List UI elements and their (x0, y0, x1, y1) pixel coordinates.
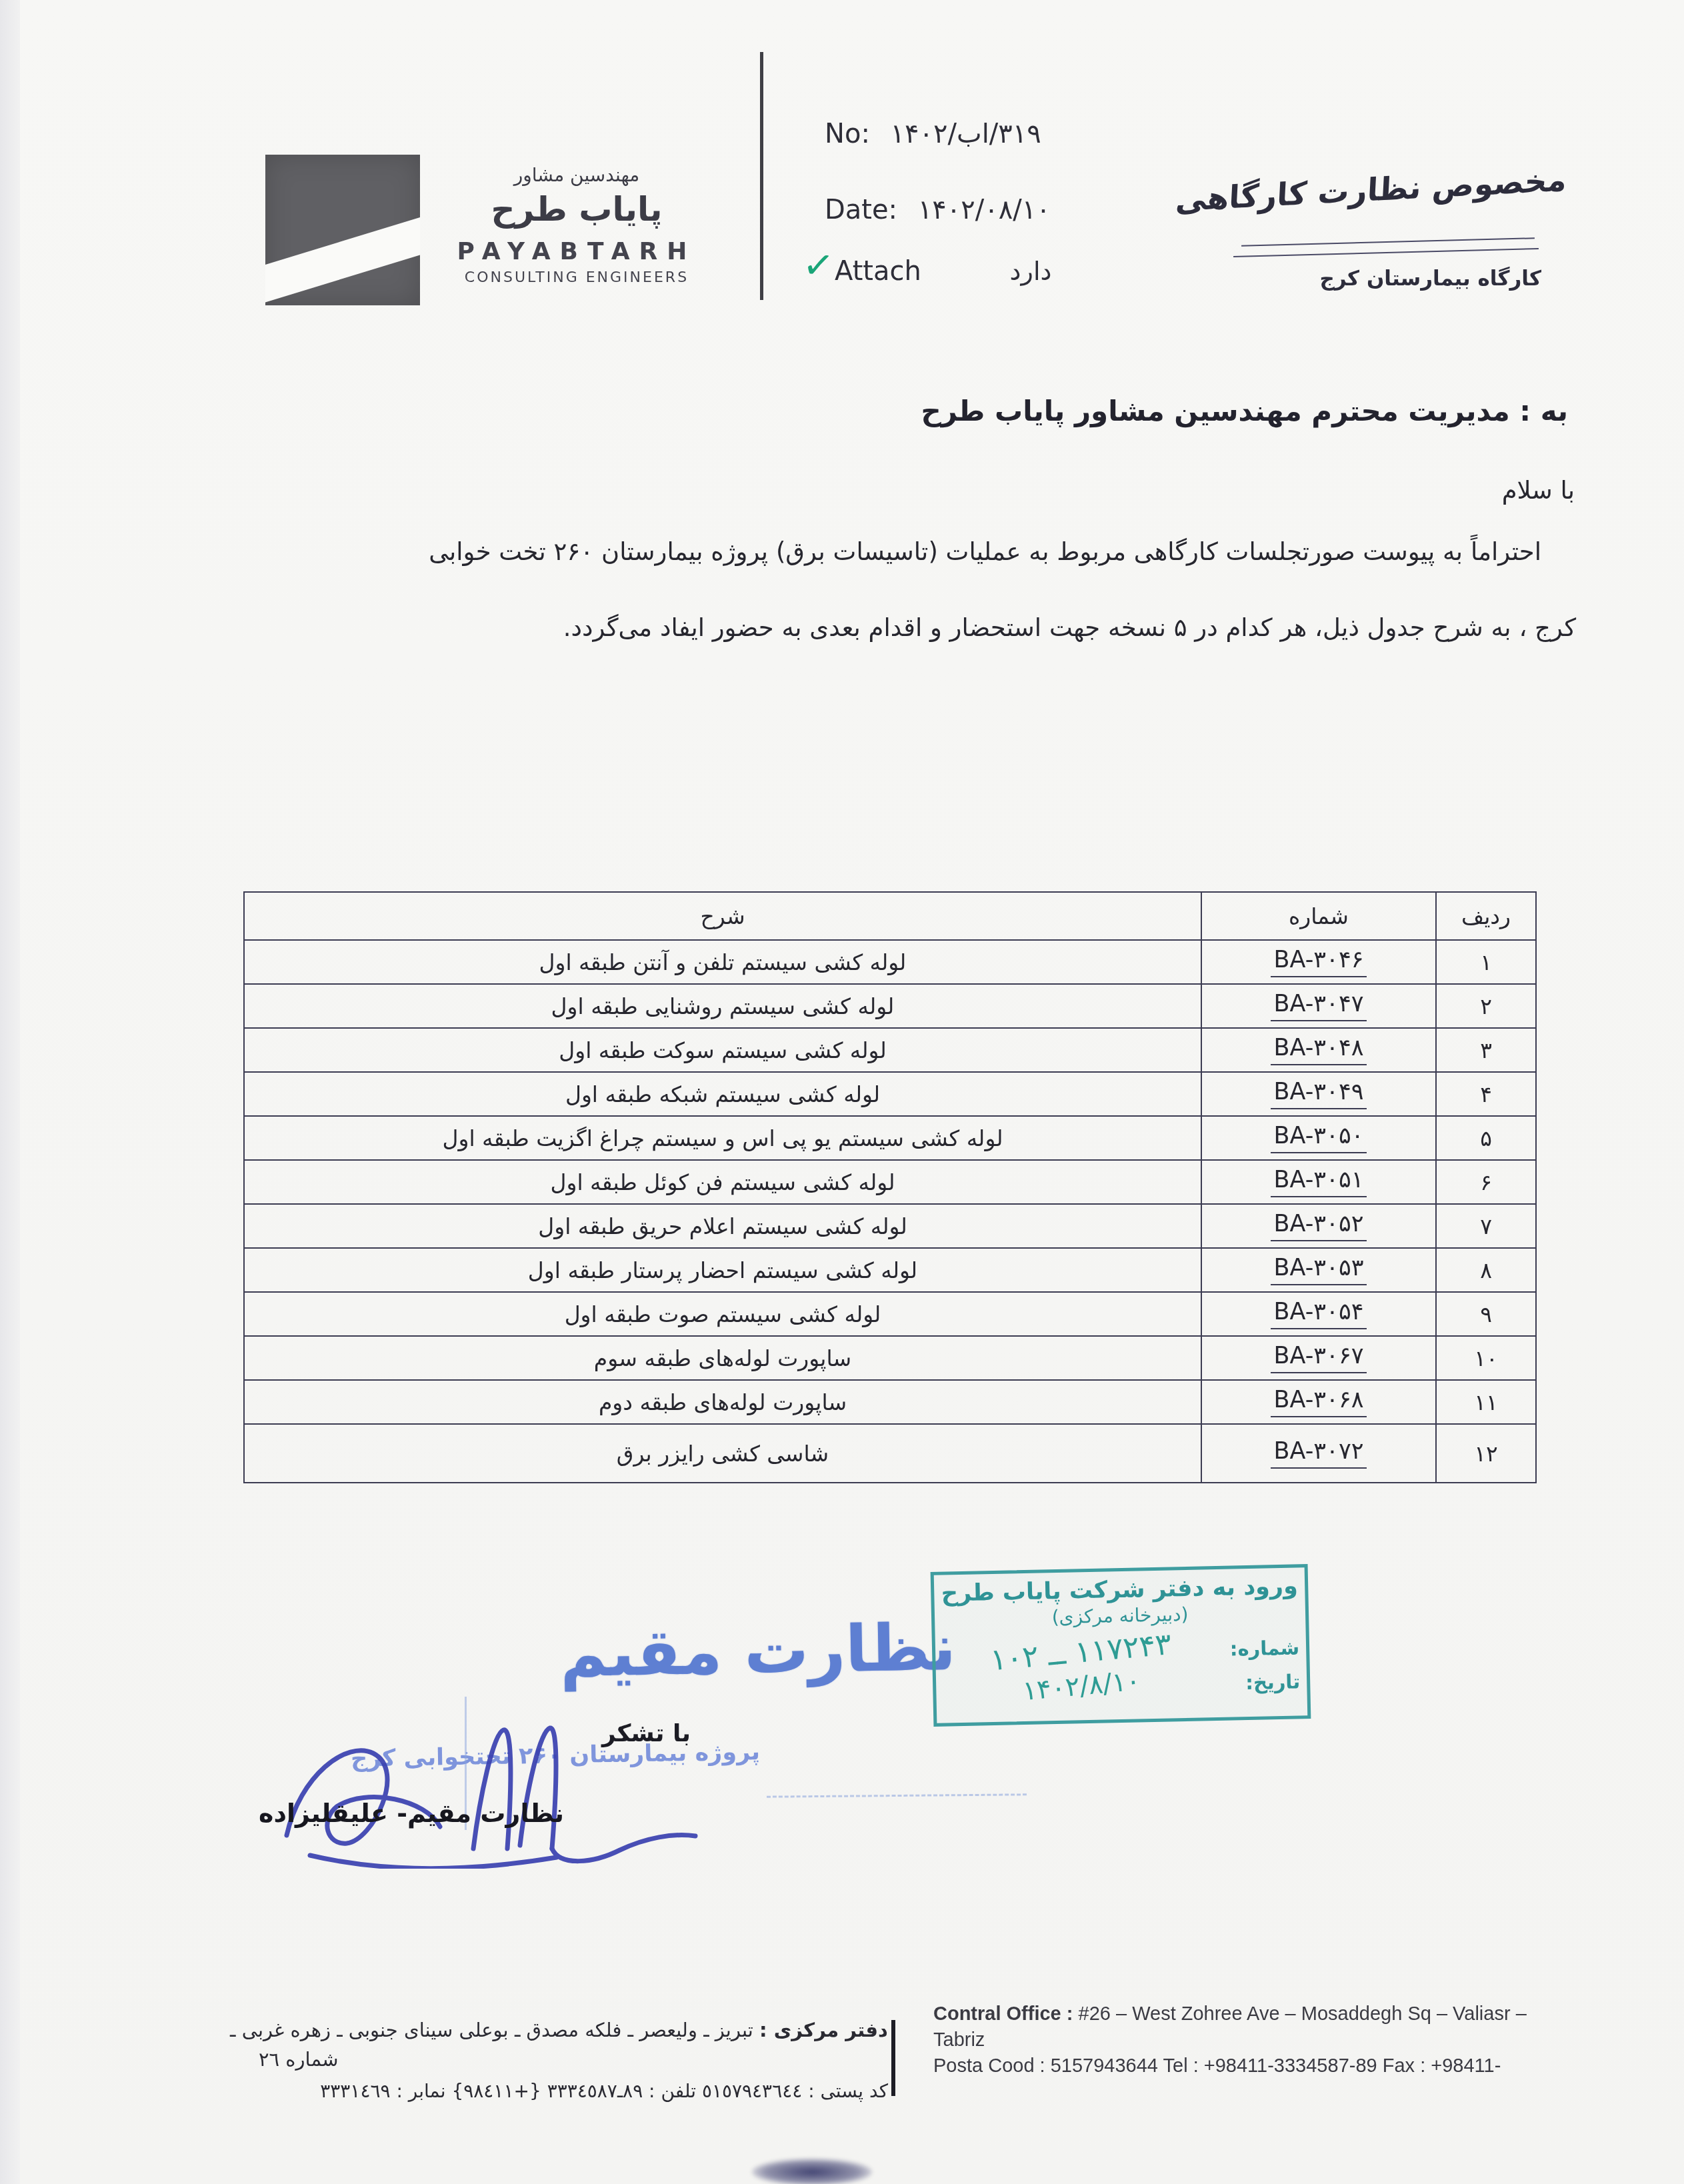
row-number: BA-۳۰۴۹ (1201, 1072, 1436, 1116)
scanner-edge-band (0, 0, 20, 2184)
supervision-calligraphy-title: مخصوص نظارت کارگاهی (1175, 162, 1567, 219)
row-index: ۵ (1436, 1116, 1536, 1160)
row-number: BA-۳۰۵۰ (1201, 1116, 1436, 1160)
table-header-row: ردیف شماره شرح (244, 892, 1536, 940)
header-divider-line (760, 52, 763, 300)
footer-fa-address: دفتر مرکزی : تبریز ـ ولیعصر ـ فلکه مصدق … (259, 2019, 888, 2102)
doc-number: BA-۳۰۵۴ (1271, 1299, 1366, 1329)
table-row: ۱۱ BA-۳۰۶۸ ساپورت لوله‌های طبقه دوم (244, 1380, 1536, 1424)
row-number: BA-۳۰۵۳ (1201, 1248, 1436, 1292)
row-number: BA-۳۰۶۷ (1201, 1336, 1436, 1380)
row-number: BA-۳۰۵۲ (1201, 1204, 1436, 1248)
table-row: ۷ BA-۳۰۵۲ لوله کشی سیستم اعلام حریق طبقه… (244, 1204, 1536, 1248)
logo-text-block: مهندسین مشاور پایاب طرح PAYABTARH CONSUL… (427, 164, 727, 286)
entry-date-label: تاریخ: (1220, 1670, 1301, 1695)
attach-label: Attach (835, 256, 921, 287)
table-row: ۱۲ BA-۳۰۷۲ شاسی کشی رایزر برق (244, 1424, 1536, 1483)
row-description: شاسی کشی رایزر برق (244, 1424, 1201, 1483)
table-row: ۳ BA-۳۰۴۸ لوله کشی سیستم سوکت طبقه اول (244, 1028, 1536, 1072)
row-description: لوله کشی سیستم صوت طبقه اول (244, 1292, 1201, 1336)
footer-fa-line2: شماره ٢٦ (259, 2048, 888, 2071)
scanned-letter-page: مهندسین مشاور پایاب طرح PAYABTARH CONSUL… (0, 0, 1684, 2184)
doc-number: BA-۳۰۴۷ (1271, 991, 1366, 1021)
office-entry-stamp: ورود به دفتر شرکت پایاب طرح (دبیرخانه مر… (931, 1564, 1311, 1727)
row-description: لوله کشی سیستم یو پی اس و سیستم چراغ اگز… (244, 1116, 1201, 1160)
logo-fa-tagline: مهندسین مشاور (427, 164, 727, 186)
letter-recipient-line: به : مدیریت محترم مهندسین مشاور پایاب طر… (921, 395, 1568, 427)
row-number: BA-۳۰۴۷ (1201, 984, 1436, 1028)
footer-en-line2: Tabriz (933, 2027, 1560, 2053)
attach-value: دارد (1010, 257, 1052, 286)
row-description: لوله کشی سیستم احضار پرستار طبقه اول (244, 1248, 1201, 1292)
no-label: No: (825, 119, 870, 149)
footer-en-line1: Contral Office : #26 – West Zohree Ave –… (933, 2001, 1560, 2027)
row-number: BA-۳۰۵۱ (1201, 1160, 1436, 1204)
footer-en-line3: Posta Cood : 5157943644 Tel : +98411-333… (933, 2053, 1560, 2079)
footer-divider-bar (891, 2020, 895, 2096)
doc-number: BA-۳۰۵۳ (1271, 1255, 1366, 1285)
doc-number: BA-۳۰۴۹ (1271, 1079, 1366, 1109)
date-value: ۱۴۰۲/۰۸/۱۰ (918, 195, 1051, 225)
stamp-edge-line-horizontal (767, 1793, 1027, 1797)
table-row: ۴ BA-۳۰۴۹ لوله کشی سیستم شبکه طبقه اول (244, 1072, 1536, 1116)
handwritten-signature (270, 1712, 710, 1869)
row-number: BA-۳۰۴۶ (1201, 940, 1436, 984)
doc-number: BA-۳۰۴۸ (1271, 1035, 1366, 1065)
table-row: ۲ BA-۳۰۴۷ لوله کشی سیستم روشنایی طبقه او… (244, 984, 1536, 1028)
header-row-number: ردیف (1436, 892, 1536, 940)
enclosures-table: ردیف شماره شرح ۱ BA-۳۰۴۶ لوله کشی سیستم … (243, 891, 1537, 1483)
row-description: ساپورت لوله‌های طبقه دوم (244, 1380, 1201, 1424)
row-index: ۴ (1436, 1072, 1536, 1116)
calligraphy-underline-2 (1233, 248, 1539, 257)
row-number: BA-۳۰۴۸ (1201, 1028, 1436, 1072)
company-logo (265, 155, 420, 305)
date-label: Date: (825, 195, 897, 225)
footer-fa-line1: دفتر مرکزی : تبریز ـ ولیعصر ـ فلکه مصدق … (259, 2019, 888, 2041)
signer-name: نظارت مقیم- علیقلیزاده (259, 1799, 564, 1828)
table-row: ۶ BA-۳۰۵۱ لوله کشی سیستم فن کوئل طبقه او… (244, 1160, 1536, 1204)
logo-fa-name: پایاب طرح (427, 190, 727, 229)
doc-number: BA-۳۰۷۲ (1271, 1438, 1366, 1469)
row-index: ۱۱ (1436, 1380, 1536, 1424)
ink-smudge (752, 2159, 872, 2184)
row-index: ۷ (1436, 1204, 1536, 1248)
doc-number: BA-۳۰۴۶ (1271, 947, 1366, 977)
attach-check-icon: ✓ (801, 243, 836, 289)
letter-number-line: No: ۳۱۹/اب/۱۴۰۲ (825, 119, 1041, 149)
entry-number-label: شماره: (1219, 1636, 1300, 1661)
resident-supervision-stamp: نظارت مقیم (559, 1610, 957, 1691)
table-row: ۱ BA-۳۰۴۶ لوله کشی سیستم تلفن و آنتن طبق… (244, 940, 1536, 984)
letter-body-line-2: کرج ، به شرح جدول ذیل، هر کدام در ۵ نسخه… (563, 613, 1576, 642)
footer-en-address-text: #26 – West Zohree Ave – Mosaddegh Sq – V… (1073, 2003, 1526, 2025)
letter-salutation: با سلام (1502, 476, 1575, 505)
row-description: لوله کشی سیستم اعلام حریق طبقه اول (244, 1204, 1201, 1248)
row-description: لوله کشی سیستم شبکه طبقه اول (244, 1072, 1201, 1116)
footer-en-address: Contral Office : #26 – West Zohree Ave –… (933, 2001, 1560, 2079)
entry-stamp-number-row: شماره: ۱۱۷۲۴۳ ــ ۱۰۲ (942, 1629, 1300, 1672)
footer-fa-office-label: دفتر مرکزی : (759, 2019, 888, 2041)
logo-en-subtitle: CONSULTING ENGINEERS (427, 269, 727, 286)
header-description: شرح (244, 892, 1201, 940)
letter-body-line-1: احتراماً به پیوست صورتجلسات کارگاهی مربو… (429, 537, 1541, 566)
row-index: ۶ (1436, 1160, 1536, 1204)
row-index: ۸ (1436, 1248, 1536, 1292)
row-index: ۲ (1436, 984, 1536, 1028)
workshop-subtitle: کارگاه بیمارستان کرج (1319, 267, 1541, 291)
logo-en-name: PAYABTARH (427, 238, 727, 265)
table-row: ۵ BA-۳۰۵۰ لوله کشی سیستم یو پی اس و سیست… (244, 1116, 1536, 1160)
row-description: لوله کشی سیستم تلفن و آنتن طبقه اول (244, 940, 1201, 984)
doc-number: BA-۳۰۶۸ (1271, 1387, 1366, 1417)
table-row: ۸ BA-۳۰۵۳ لوله کشی سیستم احضار پرستار طب… (244, 1248, 1536, 1292)
doc-number: BA-۳۰۵۱ (1271, 1167, 1366, 1197)
doc-number: BA-۳۰۶۷ (1271, 1343, 1366, 1373)
table-row: ۹ BA-۳۰۵۴ لوله کشی سیستم صوت طبقه اول (244, 1292, 1536, 1336)
footer-fa-line3: کد پستی : ٥١٥٧٩٤٣٦٤٤ تلفن : ٨٩ـ٣٣٣٤٥٨٧ {… (259, 2080, 888, 2102)
row-index: ۱۲ (1436, 1424, 1536, 1483)
doc-number: BA-۳۰۵۰ (1271, 1123, 1366, 1153)
logo-diagonal-bar-icon (265, 211, 420, 305)
footer-en-office-label: Contral Office : (933, 2003, 1073, 2025)
row-description: ساپورت لوله‌های طبقه سوم (244, 1336, 1201, 1380)
footer-fa-address-text: تبریز ـ ولیعصر ـ فلکه مصدق ـ بوعلی سینای… (230, 2019, 759, 2041)
row-description: لوله کشی سیستم فن کوئل طبقه اول (244, 1160, 1201, 1204)
calligraphy-underline-1 (1241, 237, 1535, 247)
row-description: لوله کشی سیستم سوکت طبقه اول (244, 1028, 1201, 1072)
row-number: BA-۳۰۵۴ (1201, 1292, 1436, 1336)
row-number: BA-۳۰۷۲ (1201, 1424, 1436, 1483)
header-number: شماره (1201, 892, 1436, 940)
no-value: ۳۱۹/اب/۱۴۰۲ (891, 119, 1041, 149)
table-row: ۱۰ BA-۳۰۶۷ ساپورت لوله‌های طبقه سوم (244, 1336, 1536, 1380)
attach-line: Attach دارد (835, 256, 1051, 287)
row-description: لوله کشی سیستم روشنایی طبقه اول (244, 984, 1201, 1028)
letter-date-line: Date: ۱۴۰۲/۰۸/۱۰ (825, 195, 1051, 225)
row-index: ۱۰ (1436, 1336, 1536, 1380)
doc-number: BA-۳۰۵۲ (1271, 1211, 1366, 1241)
row-index: ۹ (1436, 1292, 1536, 1336)
row-index: ۳ (1436, 1028, 1536, 1072)
row-number: BA-۳۰۶۸ (1201, 1380, 1436, 1424)
row-index: ۱ (1436, 940, 1536, 984)
